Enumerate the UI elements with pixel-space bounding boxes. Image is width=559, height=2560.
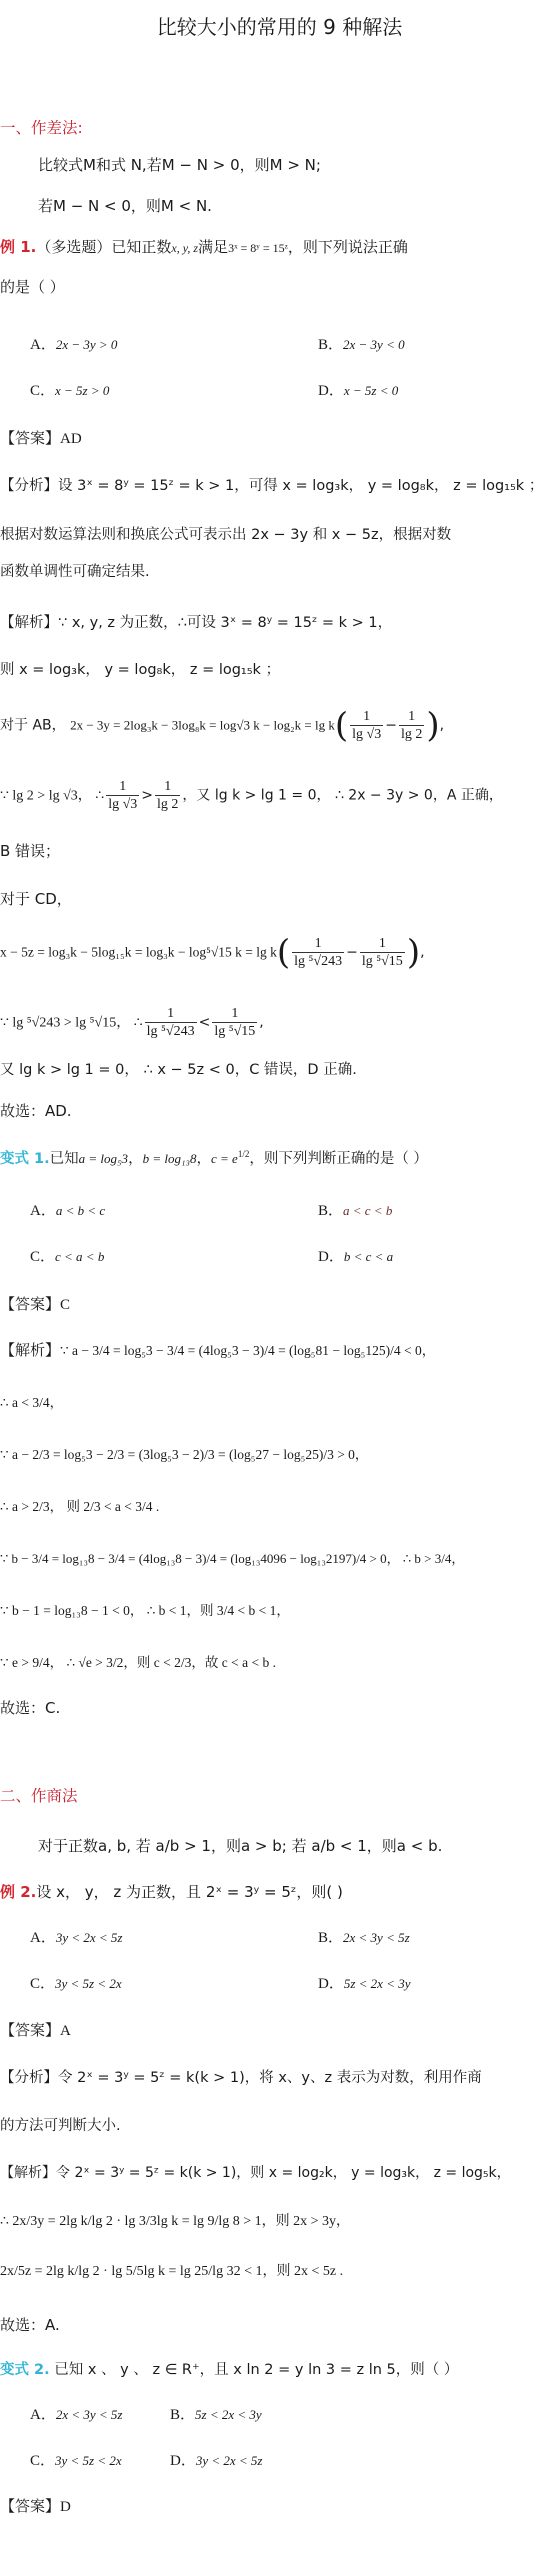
answer-value: C [60, 1297, 70, 1313]
numerator: 1 [212, 1005, 257, 1023]
option-d: D．3y < 2x < 5z [170, 2450, 263, 2471]
variant-label: 变式 2. [0, 2362, 50, 2378]
solution-1-line4: ∵ lg 2 > lg √3， ∴1lg √3>1lg 2，又 lg k > l… [0, 778, 503, 813]
answer-label: 【答案】 [0, 1295, 60, 1313]
solution-1-line6: 对于 CD， [0, 889, 72, 909]
stem-text: 已知 x 、 y 、 z ∈ R⁺，且 x ln 2 = y ln 3 = z … [54, 2362, 458, 2378]
option-key: A． [30, 1930, 56, 1946]
stem-text: 已知 [50, 1151, 79, 1167]
math-expression: ∵ lg ⁵√243 > lg ⁵√15， ∴ [0, 1016, 143, 1031]
stem-text: 满足 [198, 238, 228, 256]
option-key: D． [318, 1976, 344, 1992]
fraction: 1lg 2 [155, 778, 180, 813]
conclusion-variant-1: 故选：C. [0, 1698, 60, 1718]
fraction: 1lg ⁵√243 [292, 935, 344, 970]
solution-2-line3: 2x/5z = 2lg k/lg 2 · lg 5/5lg k = lg 25/… [0, 2262, 343, 2282]
math-expression: a = log₅3 [79, 1151, 128, 1166]
option-c: C．c < a < b [30, 1246, 104, 1267]
analysis-text: 设 3ˣ = 8ʸ = 15ᶻ = k > 1，可得 x = log₃k， y … [58, 478, 543, 494]
option-key: D． [170, 2453, 196, 2469]
answer-label: 【答案】 [0, 2021, 60, 2039]
option-text: c < a < b [55, 1249, 104, 1264]
solution-1-line1: 【解析】∵ x, y, z 为正数，∴可设 3ˣ = 8ʸ = 15ᶻ = k … [0, 613, 392, 633]
answer-label: 【答案】 [0, 2497, 60, 2515]
option-key: A． [30, 1203, 56, 1219]
math-expression: 2x − 3y = 2log₃k − 3log₈k = log√3 k − lo… [70, 718, 335, 733]
denominator: lg 2 [155, 796, 180, 813]
math-expression: x − 5z = log₃k − 5log₁₅k = log₃k − log⁵√… [0, 945, 277, 960]
analysis-1-line1: 【分析】设 3ˣ = 8ʸ = 15ᶻ = k > 1，可得 x = log₃k… [0, 476, 543, 496]
option-key: B． [318, 337, 343, 353]
option-key: B． [318, 1203, 343, 1219]
denominator: lg √3 [350, 726, 383, 743]
option-a: A．2x < 3y < 5z [30, 2404, 123, 2425]
solution-text: 对于 AB， [0, 718, 66, 734]
analysis-label: 【分析】 [0, 2070, 58, 2086]
solution-1-line5: B 错误； [0, 841, 60, 861]
option-key: A． [30, 2407, 56, 2423]
numerator: 1 [106, 778, 139, 796]
option-text: b < c < a [344, 1249, 393, 1264]
solution-1-line3: 对于 AB， 2x − 3y = 2log₃k − 3log₈k = log√3… [0, 708, 444, 743]
option-a: A．2x − 3y > 0 [30, 334, 117, 355]
fraction: 1lg ⁵√243 [145, 1005, 197, 1040]
solution-1-line7: x − 5z = log₃k − 5log₁₅k = log₃k − log⁵√… [0, 935, 425, 970]
math-expression: c = e [211, 1151, 238, 1166]
stem-text: 设 x， y， z 为正数，且 2ˣ = 3ʸ = 5ᶻ，则( ) [36, 1883, 343, 1901]
conclusion-1: 故选：AD. [0, 1101, 72, 1121]
option-b: B．a < c < b [318, 1200, 392, 1221]
option-text: 3y < 5z < 2x [55, 2453, 122, 2468]
option-text: 2x < 3y < 5z [56, 2407, 123, 2422]
option-key: D． [318, 383, 344, 399]
variant-label: 变式 1. [0, 1151, 50, 1167]
option-key: C． [30, 2453, 55, 2469]
example-label: 例 2. [0, 1883, 36, 1901]
option-text: 2x − 3y > 0 [56, 337, 118, 352]
stem-vars: x, y, z [171, 241, 198, 255]
analysis-text: 令 2ˣ = 3ʸ = 5ᶻ = k(k > 1)，将 x、y、z 表示为对数，… [58, 2070, 482, 2086]
math-expression: b = log₁₃8 [143, 1151, 197, 1166]
analysis-1-line2: 根据对数运算法则和换底公式可表示出 2x − 3y 和 x − 5z，根据对数 [0, 525, 451, 545]
option-text: 3y < 2x < 5z [56, 1930, 123, 1945]
option-b: B．2x < 3y < 5z [318, 1927, 410, 1948]
solution-v1-line7: ∵ e > 9/4， ∴ √e > 3/2，则 c < 2/3，故 c < a … [0, 1653, 276, 1673]
exponent: 1/2 [238, 1149, 250, 1159]
numerator: 1 [292, 935, 344, 953]
option-key: B． [318, 1930, 343, 1946]
answer-value: D [60, 2499, 71, 2515]
fraction: 1lg 2 [399, 708, 424, 743]
fraction: 1lg ⁵√15 [212, 1005, 257, 1040]
variant-2-stem: 变式 2. 已知 x 、 y 、 z ∈ R⁺，且 x ln 2 = y ln … [0, 2360, 458, 2380]
numerator: 1 [360, 935, 405, 953]
option-d: D．x − 5z < 0 [318, 380, 398, 401]
option-key: B． [170, 2407, 195, 2423]
option-key: C． [30, 383, 55, 399]
option-text: 2x − 3y < 0 [343, 337, 405, 352]
option-d: D．b < c < a [318, 1246, 393, 1267]
denominator: lg ⁵√15 [212, 1023, 257, 1040]
option-text: 3y < 5z < 2x [55, 1976, 122, 1991]
option-b: B．5z < 2x < 3y [170, 2404, 262, 2425]
paren: ( [335, 706, 348, 746]
fraction: 1lg √3 [350, 708, 383, 743]
solution-1-line8: ∵ lg ⁵√243 > lg ⁵√15， ∴1lg ⁵√243<1lg ⁵√1… [0, 1005, 264, 1040]
option-text: 2x < 3y < 5z [343, 1930, 410, 1945]
option-a: A．a < b < c [30, 1200, 105, 1221]
option-text: 3y < 2x < 5z [196, 2453, 263, 2468]
numerator: 1 [350, 708, 383, 726]
solution-2-line1: 【解析】令 2ˣ = 3ʸ = 5ᶻ = k(k > 1)，则 x = log₂… [0, 2163, 511, 2183]
stem-equation: 3ˣ = 8ʸ = 15ᶻ [228, 241, 288, 255]
option-text: 5z < 2x < 3y [195, 2407, 262, 2422]
answer-1: 【答案】AD [0, 428, 82, 449]
analysis-label: 【分析】 [0, 478, 58, 494]
paren: ) [426, 706, 439, 746]
paren: ) [407, 933, 420, 973]
option-text: x − 5z < 0 [344, 383, 398, 398]
solution-v1-line2: ∴ a < 3/4， [0, 1393, 63, 1413]
analysis-2-line1: 【分析】令 2ˣ = 3ʸ = 5ᶻ = k(k > 1)，将 x、y、z 表示… [0, 2068, 482, 2088]
solution-label: 【解析】 [0, 2165, 56, 2181]
fraction: 1lg √3 [106, 778, 139, 813]
option-b: B．2x − 3y < 0 [318, 334, 405, 355]
denominator: lg ⁵√243 [145, 1023, 197, 1040]
answer-value: AD [60, 431, 82, 447]
denominator: lg 2 [399, 726, 424, 743]
option-text: 5z < 2x < 3y [344, 1976, 411, 1991]
solution-v1-line6: ∵ b − 1 = log₁₃8 − 1 < 0， ∴ b < 1，则 3/4 … [0, 1601, 290, 1621]
option-c: C．x − 5z > 0 [30, 380, 109, 401]
solution-v1-line3: ∵ a − 2/3 = log₅3 − 2/3 = (3log₅3 − 2)/3… [0, 1445, 368, 1465]
solution-text: ∵ x, y, z 为正数，∴可设 3ˣ = 8ʸ = 15ᶻ = k > 1， [58, 615, 392, 631]
solution-1-line2: 则 x = log₃k， y = log₈k， z = log₁₅k ； [0, 660, 280, 680]
section-heading-difference: 一、作差法: [0, 118, 83, 138]
math-expression: ∵ a − 3/4 = log₅3 − 3/4 = (4log₅3 − 3)/4… [60, 1343, 435, 1358]
answer-value: A [60, 2023, 71, 2039]
fraction: 1lg ⁵√15 [360, 935, 405, 970]
numerator: 1 [145, 1005, 197, 1023]
solution-label: 【解析】 [0, 1341, 60, 1359]
math-expression: ∵ lg 2 > lg √3， ∴ [0, 789, 104, 804]
option-key: A． [30, 337, 56, 353]
stem-text: （多选题）已知正数 [36, 238, 171, 256]
denominator: lg ⁵√243 [292, 953, 344, 970]
solution-text: ，又 lg k > lg 1 = 0， ∴ 2x − 3y > 0，A 正确， [182, 788, 502, 804]
numerator: 1 [155, 778, 180, 796]
paren: ( [277, 933, 290, 973]
page-title: 比较大小的常用的 9 种解法 [0, 12, 559, 42]
option-a: A．3y < 2x < 5z [30, 1927, 123, 1948]
denominator: lg ⁵√15 [360, 953, 405, 970]
example-1-stem: 例 1.（多选题）已知正数x, y, z满足3ˣ = 8ʸ = 15ᶻ，则下列说… [0, 237, 408, 258]
answer-2: 【答案】A [0, 2020, 71, 2041]
example-1-stem-line2: 的是（ ） [0, 277, 65, 297]
option-key: C． [30, 1249, 55, 1265]
solution-2-line2: ∴ 2x/3y = 2lg k/lg 2 · lg 3/3lg k = lg 9… [0, 2212, 350, 2232]
answer-variant-1: 【答案】C [0, 1294, 70, 1315]
option-c: C．3y < 5z < 2x [30, 2450, 122, 2471]
solution-label: 【解析】 [0, 615, 58, 631]
solution-v1-line1: 【解析】∵ a − 3/4 = log₅3 − 3/4 = (4log₅3 − … [0, 1340, 435, 1361]
conclusion-2: 故选：A. [0, 2315, 60, 2335]
analysis-2-line2: 的方法可判断大小. [0, 2116, 121, 2136]
rule-line-2: 若M − N < 0，则M < N. [38, 196, 212, 216]
numerator: 1 [399, 708, 424, 726]
quotient-rule: 对于正数a, b, 若 a/b > 1，则a > b; 若 a/b < 1，则a… [38, 1836, 442, 1856]
answer-variant-2: 【答案】D [0, 2496, 71, 2517]
stem-text: ，则下列判断正确的是（ ） [249, 1151, 428, 1167]
rule-line-1: 比较式M和式 N,若M − N > 0，则M > N; [38, 155, 321, 175]
answer-label: 【答案】 [0, 429, 60, 447]
example-label: 例 1. [0, 238, 36, 256]
analysis-1-line3: 函数单调性可确定结果. [0, 562, 150, 582]
option-text: a < c < b [343, 1203, 392, 1218]
example-2-stem: 例 2.设 x， y， z 为正数，且 2ˣ = 3ʸ = 5ᶻ，则( ) [0, 1882, 343, 1902]
denominator: lg √3 [106, 796, 139, 813]
option-d: D．5z < 2x < 3y [318, 1973, 411, 1994]
option-key: D． [318, 1249, 344, 1265]
option-c: C．3y < 5z < 2x [30, 1973, 122, 1994]
section-heading-quotient: 二、作商法 [0, 1786, 78, 1806]
option-text: x − 5z > 0 [55, 383, 109, 398]
stem-text: ，则下列说法正确 [288, 238, 408, 256]
solution-v1-line5: ∵ b − 3/4 = log₁₃8 − 3/4 = (4log₁₃8 − 3)… [0, 1549, 464, 1569]
solution-v1-line4: ∴ a > 2/3， 则 2/3 < a < 3/4 . [0, 1497, 159, 1517]
option-text: a < b < c [56, 1203, 105, 1218]
option-key: C． [30, 1976, 55, 1992]
solution-1-line9: 又 lg k > lg 1 = 0， ∴ x − 5z < 0，C 错误，D 正… [0, 1060, 357, 1080]
variant-1-stem: 变式 1.已知a = log₅3，b = log₁₃8，c = e1/2，则下列… [0, 1144, 428, 1169]
solution-text: 令 2ˣ = 3ʸ = 5ᶻ = k(k > 1)，则 x = log₂k， y… [56, 2165, 511, 2181]
